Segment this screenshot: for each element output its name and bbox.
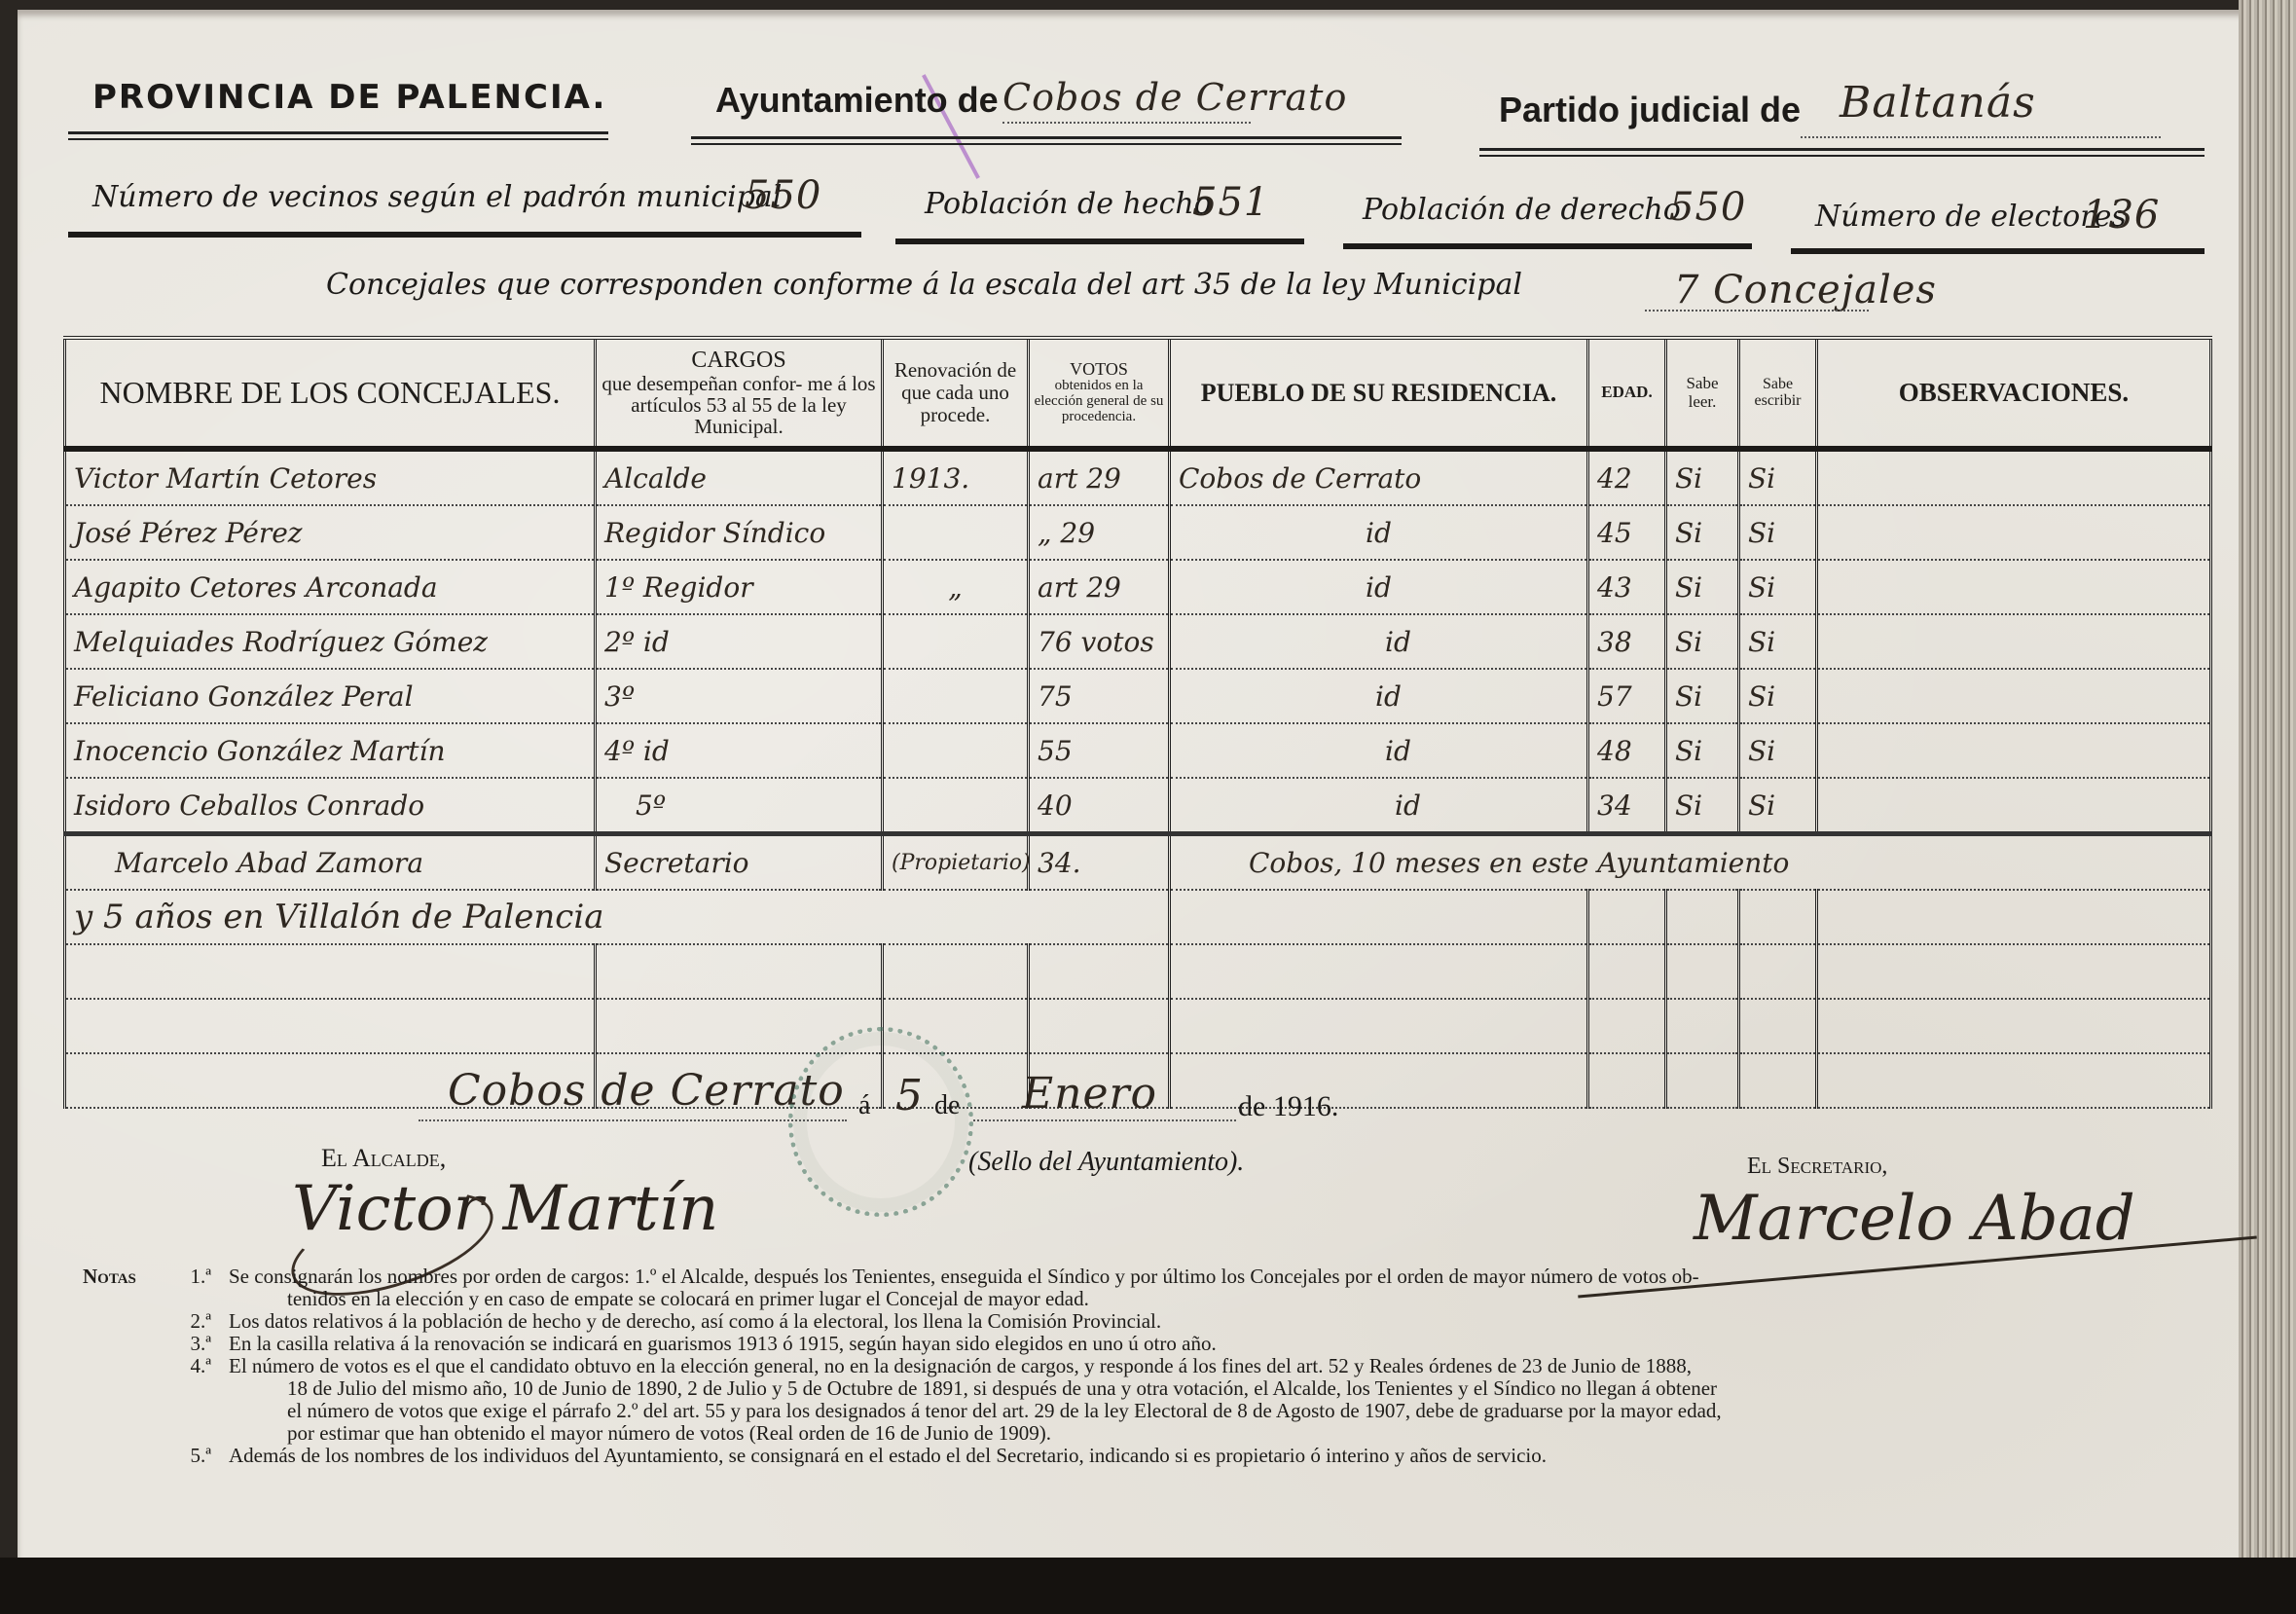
cell-obs [1817,560,2211,614]
cell-votos: art 29 [1029,449,1170,505]
electores-label: Número de electores [1815,200,2127,234]
table-header-row: NOMBRE DE LOS CONCEJALES. CARGOSque dese… [65,338,2211,449]
cell-leer: Si [1666,614,1739,669]
note-line: por estimar que han obtenido el mayor nú… [229,1422,2136,1445]
cell-renovacion [883,778,1029,834]
note-5: 5.ª Además de los nombres de los individ… [83,1445,2136,1467]
cell-edad: 42 [1588,449,1666,505]
cell-escribir: Si [1739,614,1817,669]
col-observaciones: OBSERVACIONES. [1817,338,2211,449]
cell-escribir: Si [1739,560,1817,614]
rule [68,131,608,140]
cell-nombre: Victor Martín Cetores [65,449,596,505]
cell-renovacion: (Propietario) [883,834,1029,891]
cell-escribir: Si [1739,669,1817,723]
cell-pueblo: Cobos de Cerrato [1170,449,1588,505]
cell-votos: 34. [1029,834,1170,891]
note-line: tenidos en la elección y en caso de empa… [229,1288,2136,1310]
table-row: José Pérez Pérez Regidor Síndico „ 29 id… [65,505,2211,560]
cell-nombre: Inocencio González Martín [65,723,596,778]
secretario-signature: Marcelo Abad [1694,1183,2135,1255]
cell-cargo: Alcalde [596,449,883,505]
note-line: 18 de Julio del mismo año, 10 de Junio d… [229,1377,2136,1400]
cell-obs [1817,449,2211,505]
rule [691,136,1402,145]
ayuntamiento-value: Cobos de Cerrato [1002,76,1347,119]
cell-leer: Si [1666,560,1739,614]
provincia-title: PROVINCIA DE PALENCIA. [92,78,606,117]
col-sabe-leer: Sabe leer. [1666,338,1739,449]
cell-escribir: Si [1739,449,1817,505]
cell-votos: 76 votos [1029,614,1170,669]
cell-nombre: Agapito Cetores Arconada [65,560,596,614]
table-row: Isidoro Ceballos Conrado 5º 40 id 34 Si … [65,778,2211,834]
cell-edad: 34 [1588,778,1666,834]
derecho-value: 550 [1669,185,1746,230]
partido-value: Baltanás [1840,78,2036,128]
municipal-seal-stamp [788,1027,973,1217]
cell-votos: „ 29 [1029,505,1170,560]
cell-leer: Si [1666,669,1739,723]
cell-cargo: Regidor Síndico [596,505,883,560]
cell-leer: Si [1666,505,1739,560]
note-1: Notas 1.ª Se consignarán los nombres por… [83,1266,2136,1310]
rule [1343,243,1752,249]
cell-renovacion [883,614,1029,669]
cell-escribir: Si [1739,723,1817,778]
cell-obs [1817,505,2211,560]
cell-edad: 48 [1588,723,1666,778]
cell-pueblo: id [1170,505,1588,560]
rule [1791,248,2205,254]
cell-nombre: Feliciano González Peral [65,669,596,723]
col-votos: VOTOSobtenidos en la elección general de… [1029,338,1170,449]
note-line: En la casilla relativa á la renovación s… [229,1333,2136,1355]
cell-leer: Si [1666,778,1739,834]
col-nombre: NOMBRE DE LOS CONCEJALES. [65,338,596,449]
notes-label: Notas [83,1266,161,1310]
note-line: Los datos relativos á la población de he… [229,1310,2136,1333]
cell-escribir: Si [1739,505,1817,560]
notes-section: Notas 1.ª Se consignarán los nombres por… [83,1266,2136,1467]
cell-pueblo: id [1170,614,1588,669]
col-pueblo: PUEBLO DE SU RESIDENCIA. [1170,338,1588,449]
cell-nombre: José Pérez Pérez [65,505,596,560]
secretario-row-continued: y 5 años en Villalón de Palencia [65,890,2211,944]
book-page-edges [2239,0,2296,1614]
rule [895,238,1304,244]
concejales-table: NOMBRE DE LOS CONCEJALES. CARGOSque dese… [63,336,2212,1109]
dotted-line [973,1119,1236,1121]
table-row-empty [65,944,2211,999]
cell-observaciones-secretario: Cobos, 10 meses en este Ayuntamiento [1170,834,2211,891]
cell-nombre: Marcelo Abad Zamora [65,834,596,891]
col-cargos: CARGOSque desempeñan confor- me á los ar… [596,338,883,449]
cell-renovacion [883,505,1029,560]
partido-label: Partido judicial de [1499,90,1801,130]
cell-edad: 43 [1588,560,1666,614]
note-2: 2.ª Los datos relativos á la población d… [83,1310,2136,1333]
cell-obs [1817,614,2211,669]
cell-votos: 40 [1029,778,1170,834]
note-4: 4.ª El número de votos es el que el cand… [83,1355,2136,1445]
cell-renovacion: „ [883,560,1029,614]
dotted-line [419,1119,847,1121]
cell-votos: 75 [1029,669,1170,723]
cell-obs [1817,723,2211,778]
cell-cargo: 2º id [596,614,883,669]
rule [1479,148,2205,157]
note-3: 3.ª En la casilla relativa á la renovaci… [83,1333,2136,1355]
secretario-row: Marcelo Abad Zamora Secretario (Propieta… [65,834,2211,891]
cell-nombre: Isidoro Ceballos Conrado [65,778,596,834]
table-row: Feliciano González Peral 3º 75 id 57 Si … [65,669,2211,723]
cell-cargo: 1º Regidor [596,560,883,614]
cell-renovacion [883,723,1029,778]
cell-cargo: 4º id [596,723,883,778]
col-edad: EDAD. [1588,338,1666,449]
dotted-line [1002,122,1251,124]
note-number: 1.ª [161,1266,229,1310]
cell-edad: 38 [1588,614,1666,669]
cell-pueblo: id [1170,723,1588,778]
table-row-empty [65,999,2211,1053]
cell-nombre: Melquiades Rodríguez Gómez [65,614,596,669]
table-row: Agapito Cetores Arconada 1º Regidor „ ar… [65,560,2211,614]
table-row: Victor Martín Cetores Alcalde 1913. art … [65,449,2211,505]
footer-year: de 1916. [1238,1090,1338,1123]
col-renovacion: Renovación de que cada uno procede. [883,338,1029,449]
hecho-value: 551 [1192,180,1269,225]
cell-cargo: 3º [596,669,883,723]
concejales-label: Concejales que corresponden conforme á l… [326,268,1522,302]
cell-cargo: 5º [596,778,883,834]
sello-label: (Sello del Ayuntamiento). [968,1147,1244,1178]
cell-votos: 55 [1029,723,1170,778]
note-number: 4.ª [161,1355,229,1445]
vecinos-value: 550 [745,173,821,218]
cell-votos: art 29 [1029,560,1170,614]
note-line: Además de los nombres de los individuos … [229,1445,2136,1467]
table-row: Inocencio González Martín 4º id 55 id 48… [65,723,2211,778]
table-row: Melquiades Rodríguez Gómez 2º id 76 voto… [65,614,2211,669]
dotted-line [1801,136,2161,138]
note-number: 2.ª [161,1310,229,1333]
cell-renovacion [883,669,1029,723]
cell-renovacion: 1913. [883,449,1029,505]
concejales-value: 7 Concejales [1674,268,1937,312]
cell-edad: 57 [1588,669,1666,723]
footer-month: Enero [1022,1069,1157,1119]
vecinos-label: Número de vecinos según el padrón munici… [92,180,782,214]
cell-secretario-continued: y 5 años en Villalón de Palencia [65,890,1170,944]
footer-place: Cobos de Cerrato [448,1066,845,1116]
note-number: 5.ª [161,1445,229,1467]
cell-leer: Si [1666,449,1739,505]
hecho-label: Población de hecho [925,187,1212,221]
secretario-label: El Secretario, [1747,1154,1887,1180]
cell-obs [1817,778,2211,834]
cell-leer: Si [1666,723,1739,778]
note-line: el número de votos que exige el párrafo … [229,1400,2136,1422]
cell-pueblo: id [1170,560,1588,614]
cell-pueblo: id [1170,778,1588,834]
scan-shadow [0,1558,2296,1614]
cell-edad: 45 [1588,505,1666,560]
electores-value: 136 [2083,193,2160,238]
note-line: El número de votos es el que el candidat… [229,1355,2136,1377]
ayuntamiento-label: Ayuntamiento de [715,80,999,121]
cell-pueblo: id [1170,669,1588,723]
cell-escribir: Si [1739,778,1817,834]
dotted-line [1645,310,1869,312]
cell-cargo: Secretario [596,834,883,891]
note-line: Se consignarán los nombres por orden de … [229,1266,2136,1288]
rule [68,232,861,238]
alcalde-label: El Alcalde, [321,1144,446,1173]
note-number: 3.ª [161,1333,229,1355]
col-sabe-escribir: Sabe escribir [1739,338,1817,449]
cell-obs [1817,669,2211,723]
derecho-label: Población de derecho [1363,193,1681,227]
